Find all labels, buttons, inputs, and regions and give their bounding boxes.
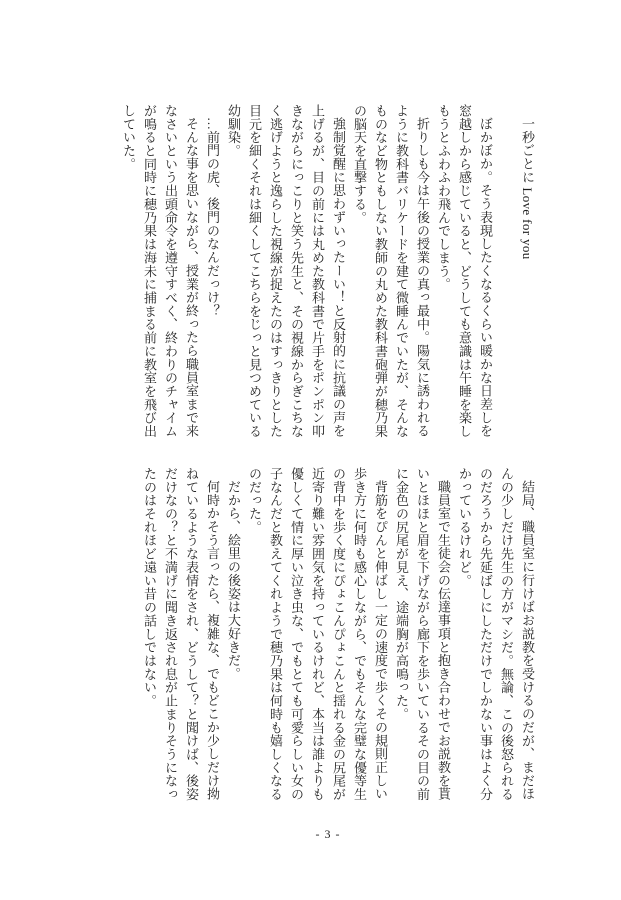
story-section-top: 一秒ごとに Love for you ぼかぼか。そう表現したくなるくらい暖かな日… (118, 104, 538, 440)
paragraph: ぼかぼか。そう表現したくなるくらい暖かな日差しを窓越しから感じていると、どうして… (433, 104, 496, 440)
paragraph: 強制覚醒に思わずいったーい！と反射的に抗議の声を上げるが、目の前には丸めた教科書… (223, 104, 349, 440)
story-section-bottom: 結局、職員室に行けばお説教を受けるのだが、まだほんの少しだけ先生の方がマシだ。無… (139, 467, 538, 803)
paragraph: 折りしも今は午後の授業の真っ最中。陽気に誘われるように教科書バリケードを建て微睡… (349, 104, 433, 440)
paragraph: 何時かそう言ったら、複雑な、でもどこか少しだけ拗ねているような表情をされ、どうし… (139, 467, 223, 803)
page-number: - 3 - (118, 827, 538, 842)
paragraph: 背筋をぴんと伸ばし一定の速度で歩くその規則正しい歩き方に何時も感心しながら、でも… (244, 467, 391, 803)
page-number-text: - 3 - (316, 827, 341, 841)
document-page: 一秒ごとに Love for you ぼかぼか。そう表現したくなるくらい暖かな日… (0, 0, 621, 900)
paragraph: だから、絵里の後姿は大好きだ。 (223, 467, 244, 803)
paragraph: そんな事を思いながら、授業が終ったら職員室まで来なさいという出頭命令を遵守すべく… (118, 104, 202, 440)
story-title: 一秒ごとに Love for you (517, 104, 538, 440)
paragraph: 結局、職員室に行けばお説教を受けるのだが、まだほんの少しだけ先生の方がマシだ。無… (454, 467, 538, 803)
paragraph: …前門の虎、後門のなんだっけ？ (202, 104, 223, 440)
paragraph: 職員室で生徒会の伝達事項と抱き合わせでお説教を貰いとほほと眉を下げながら廊下を歩… (391, 467, 454, 803)
